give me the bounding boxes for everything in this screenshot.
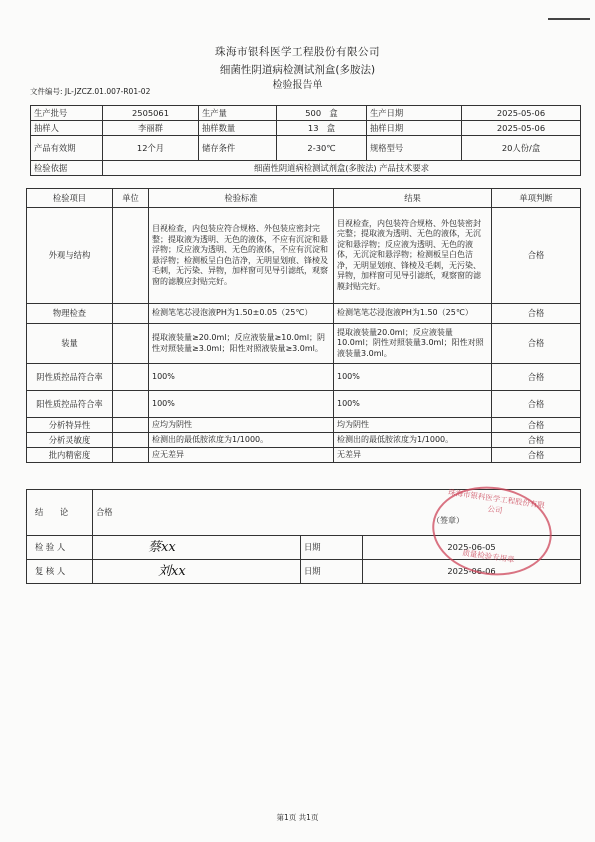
row-unit [113,433,149,448]
row-judgement: 合格 [492,418,581,433]
row-judgement: 合格 [492,208,581,304]
row-item: 装量 [27,324,113,364]
info-table: 生产批号 2505061 生产量 500 盒 生产日期 2025-05-06 抽… [30,105,581,176]
table-row: 物理检查 检测笔笔芯浸泡液PH为1.50±0.05（25℃） 检测笔笔芯浸泡液P… [27,304,581,324]
table-row: 分析灵敏度 检测出的最低胺浓度为1/1000。 检测出的最低胺浓度为1/1000… [27,433,581,448]
row-result: 检测出的最低胺浓度为1/1000。 [334,433,492,448]
row-standard: 应无差异 [149,448,334,463]
inspection-table: 检验项目 单位 检验标准 结果 单项判断 外观与结构 目视检查，内包装应符合规格… [26,188,581,463]
row-result: 均为阴性 [334,418,492,433]
conclusion-label: 结 论 [27,490,93,536]
row-item: 批内精密度 [27,448,113,463]
col-standard: 检验标准 [149,189,334,208]
shelf-label: 产品有效期 [31,136,103,161]
col-unit: 单位 [113,189,149,208]
prod-date-value: 2025-05-06 [462,106,581,121]
sample-qty-label: 抽样数量 [199,121,277,136]
row-item: 阳性质控品符合率 [27,391,113,418]
row-result: 100% [334,391,492,418]
row-judgement: 合格 [492,391,581,418]
col-judgement: 单项判断 [492,189,581,208]
row-judgement: 合格 [492,304,581,324]
spec-value: 20人份/盒 [462,136,581,161]
row-item: 外观与结构 [27,208,113,304]
inspector-label: 检 验 人 [27,536,93,560]
table-row: 阴性质控品符合率 100% 100% 合格 [27,364,581,391]
sample-date-value: 2025-05-06 [462,121,581,136]
row-unit [113,391,149,418]
prod-date-label: 生产日期 [367,106,462,121]
row-result: 无差异 [334,448,492,463]
sampler-label: 抽样人 [31,121,103,136]
row-unit [113,448,149,463]
inspector-signature: 蔡xx [148,536,176,555]
col-item: 检验项目 [27,189,113,208]
sampler-value: 李丽群 [103,121,199,136]
company-name: 珠海市银科医学工程股份有限公司 [0,44,595,59]
reviewer-label: 复 核 人 [27,560,93,584]
row-standard: 提取液装量≥20.0ml；反应液装量≥10.0ml；阴性对照装量≥3.0ml；阳… [149,324,334,364]
storage-label: 储存条件 [199,136,277,161]
row-item: 物理检查 [27,304,113,324]
table-row: 批内精密度 应无差异 无差异 合格 [27,448,581,463]
row-result: 目视检查，内包装符合规格、外包装密封完整；提取液为透明、无色的液体，无沉淀和悬浮… [334,208,492,304]
table-row: 分析特异性 应均为阴性 均为阴性 合格 [27,418,581,433]
sample-qty-value: 13 盒 [277,121,367,136]
shelf-value: 12个月 [103,136,199,161]
quantity-label: 生产量 [199,106,277,121]
scan-mark [548,18,590,20]
row-standard: 应均为阴性 [149,418,334,433]
row-item: 阴性质控品符合率 [27,364,113,391]
row-standard: 检测出的最低胺浓度为1/1000。 [149,433,334,448]
row-item: 分析灵敏度 [27,433,113,448]
row-result: 检测笔笔芯浸泡液PH为1.50（25℃） [334,304,492,324]
sample-date-label: 抽样日期 [367,121,462,136]
page-number: 第1页 共1页 [0,812,595,823]
basis-label: 检验依据 [31,161,103,176]
col-result: 结果 [334,189,492,208]
basis-value: 细菌性阴道病检测试剂盒(多胺法) 产品技术要求 [103,161,581,176]
table-row: 装量 提取液装量≥20.0ml；反应液装量≥10.0ml；阴性对照装量≥3.0m… [27,324,581,364]
date2-label: 日期 [301,560,363,584]
row-standard: 100% [149,364,334,391]
table-row: 阳性质控品符合率 100% 100% 合格 [27,391,581,418]
row-standard: 检测笔笔芯浸泡液PH为1.50±0.05（25℃） [149,304,334,324]
stamp-bottom-text: 质量检验专用章 [448,545,529,567]
reviewer-signature-cell [93,560,301,584]
quantity-value: 500 盒 [277,106,367,121]
batch-value: 2505061 [103,106,199,121]
product-name: 细菌性阴道病检测试剂盒(多胺法) [0,62,595,77]
row-judgement: 合格 [492,324,581,364]
row-unit [113,364,149,391]
doc-number: 文件编号: JL-JZCZ.01.007-R01-02 [30,86,150,97]
row-item: 分析特异性 [27,418,113,433]
table-row: 外观与结构 目视检查，内包装应符合规格、外包装应密封完整；提取液为透明、无色的液… [27,208,581,304]
row-result: 提取液装量20.0ml；反应液装量10.0ml；阴性对照装量3.0ml；阳性对照… [334,324,492,364]
date1-label: 日期 [301,536,363,560]
row-result: 100% [334,364,492,391]
row-unit [113,418,149,433]
row-judgement: 合格 [492,448,581,463]
row-judgement: 合格 [492,433,581,448]
row-judgement: 合格 [492,364,581,391]
row-unit [113,324,149,364]
storage-value: 2-30℃ [277,136,367,161]
row-unit [113,304,149,324]
batch-label: 生产批号 [31,106,103,121]
row-standard: 目视检查，内包装应符合规格、外包装应密封完整；提取液为透明、无色的液体，不应有沉… [149,208,334,304]
row-standard: 100% [149,391,334,418]
row-unit [113,208,149,304]
inspector-signature-cell [93,536,301,560]
reviewer-signature: 刘xx [158,560,186,579]
spec-label: 规格型号 [367,136,462,161]
